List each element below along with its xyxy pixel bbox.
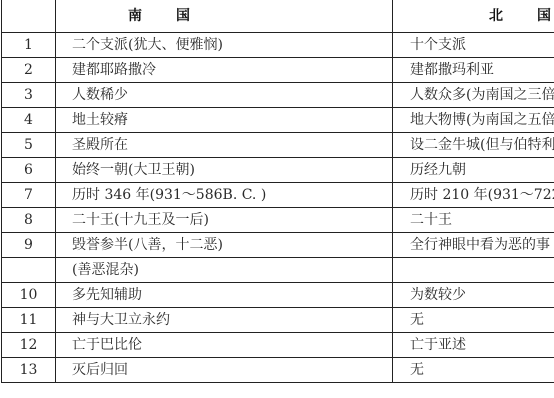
north-cell: 历时 210 年(931～722B. C. ) — [393, 183, 554, 208]
row-number — [2, 258, 56, 283]
row-number: 6 — [2, 158, 56, 183]
table-row: (善恶混杂) — [2, 258, 554, 283]
header-north-kingdom: 北国 — [393, 0, 554, 33]
table-row: 5 圣殿所在 设二金牛城(但与伯特利) — [2, 133, 554, 158]
south-cell: 历时 346 年(931～586B. C. ) — [56, 183, 393, 208]
north-cell: 无 — [393, 358, 554, 383]
row-number: 5 — [2, 133, 56, 158]
south-cell: 始终一朝(大卫王朝) — [56, 158, 393, 183]
south-cell: 地土较瘠 — [56, 108, 393, 133]
header-north-char1: 北 — [489, 8, 503, 24]
row-number: 10 — [2, 283, 56, 308]
row-number: 12 — [2, 333, 56, 358]
table-row: 2 建都耶路撒冷 建都撒玛利亚 — [2, 58, 554, 83]
table-row: 3 人数稀少 人数众多(为南国之三倍) — [2, 83, 554, 108]
table-row: 8 二十王(十九王及一后) 二十王 — [2, 208, 554, 233]
table-row: 1 二个支派(犹大、便雅悯) 十个支派 — [2, 33, 554, 58]
south-cell: 二十王(十九王及一后) — [56, 208, 393, 233]
row-number: 13 — [2, 358, 56, 383]
row-number: 7 — [2, 183, 56, 208]
north-cell: 历经九朝 — [393, 158, 554, 183]
row-number: 3 — [2, 83, 56, 108]
table-row: 4 地土较瘠 地大物博(为南国之五倍) — [2, 108, 554, 133]
row-number: 4 — [2, 108, 56, 133]
row-number: 9 — [2, 233, 56, 258]
north-cell: 人数众多(为南国之三倍) — [393, 83, 554, 108]
header-south-kingdom: 南国 — [56, 0, 393, 33]
header-south-char1: 南 — [128, 8, 142, 24]
row-number: 8 — [2, 208, 56, 233]
table-row: 6 始终一朝(大卫王朝) 历经九朝 — [2, 158, 554, 183]
south-cell: 圣殿所在 — [56, 133, 393, 158]
row-number: 2 — [2, 58, 56, 83]
comparison-table: 南国 北国 1 二个支派(犹大、便雅悯) 十个支派 2 建都耶路撒冷 建都撒玛利… — [1, 0, 554, 383]
north-cell: 无 — [393, 308, 554, 333]
north-cell: 二十王 — [393, 208, 554, 233]
south-cell: 神与大卫立永约 — [56, 308, 393, 333]
south-cell: 多先知辅助 — [56, 283, 393, 308]
table-row: 13 灭后归回 无 — [2, 358, 554, 383]
north-cell: 十个支派 — [393, 33, 554, 58]
table-row: 12 亡于巴比伦 亡于亚述 — [2, 333, 554, 358]
north-cell: 为数较少 — [393, 283, 554, 308]
table-row: 10 多先知辅助 为数较少 — [2, 283, 554, 308]
north-cell: 设二金牛城(但与伯特利) — [393, 133, 554, 158]
north-cell: 地大物博(为南国之五倍) — [393, 108, 554, 133]
north-cell: 建都撒玛利亚 — [393, 58, 554, 83]
south-cell: (善恶混杂) — [56, 258, 393, 283]
row-number: 11 — [2, 308, 56, 333]
north-cell: 亡于亚述 — [393, 333, 554, 358]
table-header-row: 南国 北国 — [2, 0, 554, 33]
south-cell: 建都耶路撒冷 — [56, 58, 393, 83]
south-cell: 灭后归回 — [56, 358, 393, 383]
row-number: 1 — [2, 33, 56, 58]
table-row: 11 神与大卫立永约 无 — [2, 308, 554, 333]
table-row: 7 历时 346 年(931～586B. C. ) 历时 210 年(931～7… — [2, 183, 554, 208]
south-cell: 毁誉参半(八善，十二恶) — [56, 233, 393, 258]
table-row: 9 毁誉参半(八善，十二恶) 全行神眼中看为恶的事 — [2, 233, 554, 258]
south-cell: 人数稀少 — [56, 83, 393, 108]
header-number-cell — [2, 0, 56, 33]
header-south-char2: 国 — [176, 8, 190, 24]
header-north-char2: 国 — [537, 8, 551, 24]
south-cell: 二个支派(犹大、便雅悯) — [56, 33, 393, 58]
north-cell: 全行神眼中看为恶的事 — [393, 233, 554, 258]
south-cell: 亡于巴比伦 — [56, 333, 393, 358]
north-cell — [393, 258, 554, 283]
